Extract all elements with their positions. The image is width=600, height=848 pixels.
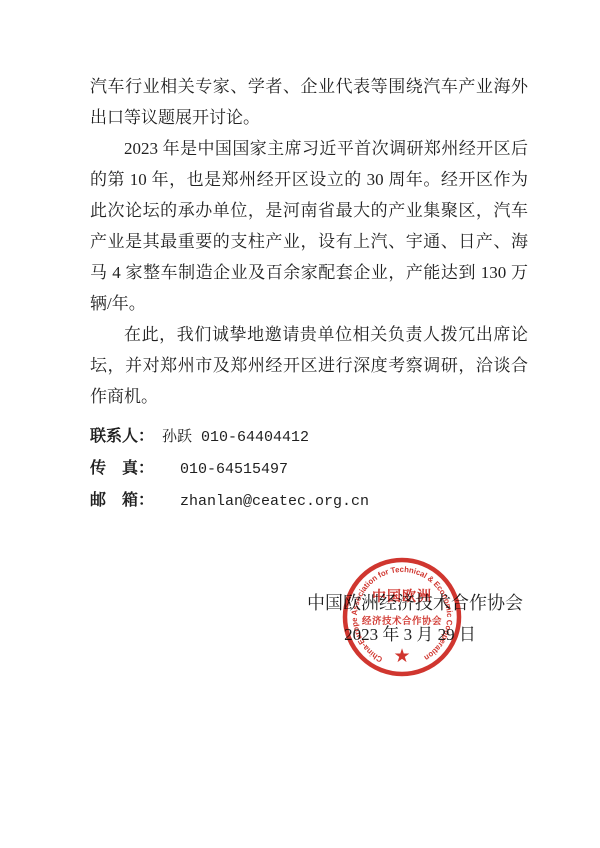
contact-email-value: zhanlan@ceatec.org.cn xyxy=(180,493,369,510)
signature-date: 2023 年 3 月 29 日 xyxy=(280,623,540,647)
seal-graphic: China-Europe Association for Technical &… xyxy=(340,555,464,679)
contact-row-person: 联系人：孙跃 010-64404412 xyxy=(90,421,369,453)
paragraph-invitation: 在此，我们诚挚地邀请贵单位相关负责人拨冗出席论坛，并对郑州市及郑州经开区进行深度… xyxy=(90,319,528,412)
contact-email-label: 邮 箱： xyxy=(90,485,154,517)
letter-body: 汽车行业相关专家、学者、企业代表等围绕汽车产业海外出口等议题展开讨论。 2023… xyxy=(90,71,528,412)
contact-person-value: 孙跃 010-64404412 xyxy=(162,429,309,446)
star-icon: ★ xyxy=(393,646,410,667)
signature-organization: 中国欧洲经济技术合作协会 xyxy=(280,591,550,615)
contact-row-fax: 传 真：010-64515497 xyxy=(90,453,369,485)
paragraph-anniversary: 2023 年是中国国家主席习近平首次调研郑州经开区后的第 10 年，也是郑州经开… xyxy=(90,133,528,319)
contact-fax-label: 传 真： xyxy=(90,453,154,485)
contact-person-label: 联系人： xyxy=(90,421,154,453)
letter-page: 汽车行业相关专家、学者、企业代表等围绕汽车产业海外出口等议题展开讨论。 2023… xyxy=(0,0,600,848)
contact-row-email: 邮 箱：zhanlan@ceatec.org.cn xyxy=(90,485,369,517)
paragraph-discussion: 汽车行业相关专家、学者、企业代表等围绕汽车产业海外出口等议题展开讨论。 xyxy=(90,71,528,133)
contact-fax-value: 010-64515497 xyxy=(180,461,288,478)
seal-ring-circle xyxy=(345,560,459,674)
official-seal-stamp: China-Europe Association for Technical &… xyxy=(340,555,464,679)
contact-section: 联系人：孙跃 010-64404412 传 真：010-64515497 邮 箱… xyxy=(90,421,369,517)
